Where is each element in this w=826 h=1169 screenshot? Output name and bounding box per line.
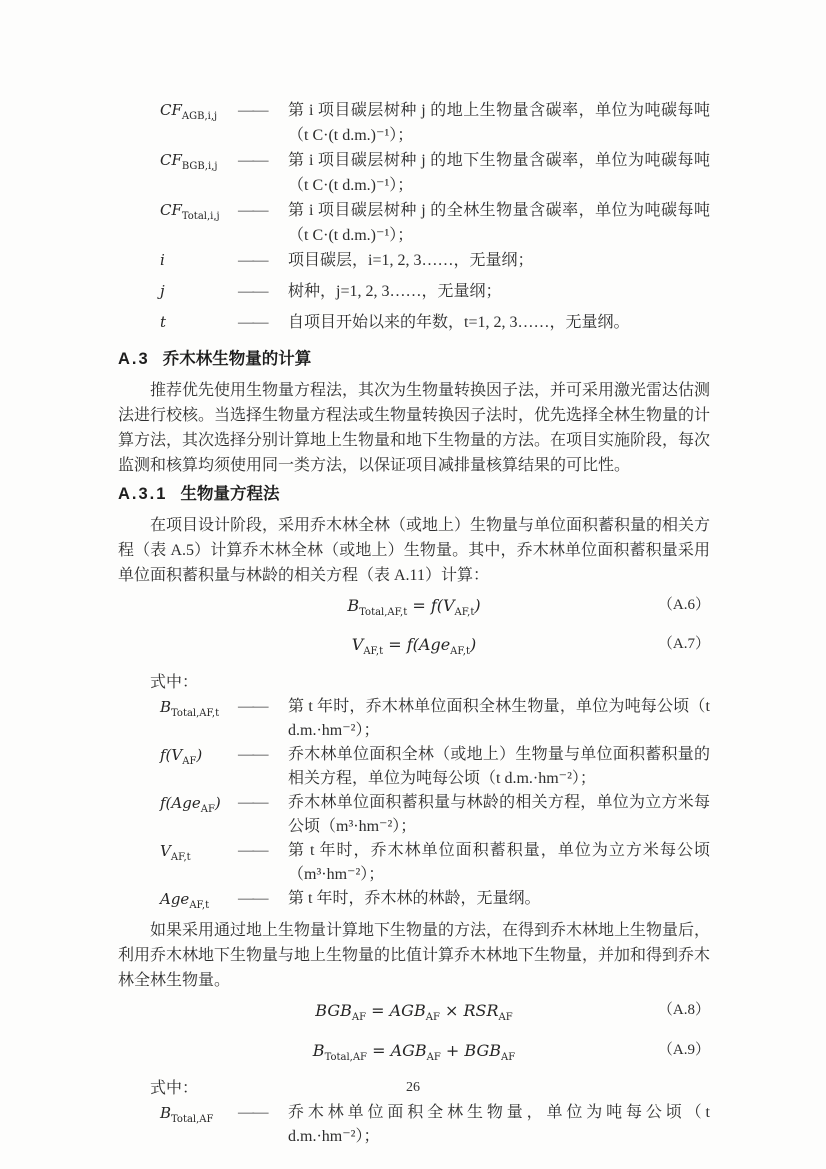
variable-symbol: j: [160, 279, 238, 310]
section-title: 生物量方程法: [180, 485, 279, 503]
formula-a8: BGBAF = AGBAF × RSRAF （A.8）: [118, 998, 710, 1030]
definition-dash: ——: [238, 148, 288, 173]
definition-text: 乔木林单位面积全林（或地上）生物量与单位面积蓄积量的相关方程，单位为吨每公顷（t…: [288, 743, 710, 791]
section-heading-a31: A.3.1生物量方程法: [118, 482, 710, 507]
section-heading-a3: A.3乔木林生物量的计算: [118, 347, 710, 372]
definition-row: CFTotal,i,j —— 第 i 项目碳层树种 j 的全林生物量含碳率，单位…: [118, 198, 710, 248]
page-content: CFAGB,i,j —— 第 i 项目碳层树种 j 的地上生物量含碳率，单位为吨…: [118, 98, 710, 1149]
definition-dash: ——: [238, 743, 288, 767]
definition-dash: ——: [238, 839, 288, 863]
variable-symbol: t: [160, 310, 238, 341]
definition-text: 第 i 项目碳层树种 j 的全林生物量含碳率，单位为吨碳每吨（t C·(t d.…: [288, 198, 710, 248]
formula-a9: BTotal,AF = AGBAF + BGBAF （A.9）: [118, 1038, 710, 1070]
formula-expression: BTotal,AF = AGBAF + BGBAF: [313, 1041, 515, 1060]
variable-symbol: CFAGB,i,j: [160, 98, 238, 129]
paragraph-bgb-method: 如果采用通过地上生物量计算地下生物量的方法，在得到乔木林地上生物量后，利用乔木林…: [118, 918, 710, 993]
formula-expression: VAF,t = f(AgeAF,t): [352, 635, 476, 654]
variable-symbol: f(AgeAF): [160, 791, 238, 822]
paragraph-design-stage: 在项目设计阶段，采用乔木林全林（或地上）生物量与单位面积蓄积量的相关方程（表 A…: [118, 513, 710, 588]
formula-number: （A.9）: [658, 1038, 710, 1063]
definition-text: 自项目开始以来的年数，t=1, 2, 3……，无量纲。: [288, 310, 710, 335]
definition-dash: ——: [238, 248, 288, 273]
formula-expression: BGBAF = AGBAF × RSRAF: [315, 1001, 512, 1020]
variable-symbol: BTotal,AF: [160, 1101, 238, 1132]
definition-text: 第 i 项目碳层树种 j 的地下生物量含碳率，单位为吨碳每吨（t C·(t d.…: [288, 148, 710, 198]
definition-row: t —— 自项目开始以来的年数，t=1, 2, 3……，无量纲。: [118, 310, 710, 341]
definition-text: 第 t 年时，乔木林单位面积全林生物量，单位为吨每公顷（t d.m.·hm⁻²）…: [288, 695, 710, 743]
definition-dash: ——: [238, 279, 288, 304]
paragraph-method-recommendation: 推荐优先使用生物量方程法，其次为生物量转换因子法，并可采用激光雷达估测法进行校核…: [118, 378, 710, 478]
formula-number: （A.7）: [658, 632, 710, 657]
definition-dash: ——: [238, 98, 288, 123]
definition-row: BTotal,AF —— 乔木林单位面积全林生物量，单位为吨每公顷（t d.m.…: [118, 1101, 710, 1149]
variable-symbol: BTotal,AF,t: [160, 695, 238, 726]
definition-row: f(AgeAF) —— 乔木林单位面积蓄积量与林龄的相关方程，单位为立方米每公顷…: [118, 791, 710, 839]
definition-row: f(VAF) —— 乔木林单位面积全林（或地上）生物量与单位面积蓄积量的相关方程…: [118, 743, 710, 791]
definition-text: 乔木林单位面积蓄积量与林龄的相关方程，单位为立方米每公顷（m³·hm⁻²）；: [288, 791, 710, 839]
variable-symbol: CFBGB,i,j: [160, 148, 238, 179]
section-number: A.3: [118, 350, 150, 368]
definition-row: CFBGB,i,j —— 第 i 项目碳层树种 j 的地下生物量含碳率，单位为吨…: [118, 148, 710, 198]
page-number: 26: [0, 1075, 826, 1100]
definition-text: 第 t 年时，乔木林的林龄，无量纲。: [288, 887, 710, 911]
formula-where-intro: 式中：: [118, 670, 710, 695]
section-title: 乔木林生物量的计算: [163, 350, 312, 368]
definition-text: 乔木林单位面积全林生物量，单位为吨每公顷（t d.m.·hm⁻²）；: [288, 1101, 710, 1149]
definition-row: VAF,t —— 第 t 年时，乔木林单位面积蓄积量，单位为立方米每公顷（m³·…: [118, 839, 710, 887]
definition-list-carbon-fraction: CFAGB,i,j —— 第 i 项目碳层树种 j 的地上生物量含碳率，单位为吨…: [118, 98, 710, 341]
formula-a7: VAF,t = f(AgeAF,t) （A.7）: [118, 632, 710, 664]
variable-symbol: i: [160, 248, 238, 279]
definition-list-total-biomass: BTotal,AF —— 乔木林单位面积全林生物量，单位为吨每公顷（t d.m.…: [118, 1101, 710, 1149]
formula-number: （A.8）: [658, 998, 710, 1023]
definition-dash: ——: [238, 887, 288, 911]
definition-text: 项目碳层，i=1, 2, 3……，无量纲；: [288, 248, 710, 273]
section-number: A.3.1: [118, 485, 167, 503]
definition-row: j —— 树种，j=1, 2, 3……，无量纲；: [118, 279, 710, 310]
definition-dash: ——: [238, 791, 288, 815]
definition-dash: ——: [238, 198, 288, 223]
definition-text: 第 t 年时，乔木林单位面积蓄积量，单位为立方米每公顷（m³·hm⁻²）；: [288, 839, 710, 887]
definition-text: 树种，j=1, 2, 3……，无量纲；: [288, 279, 710, 304]
formula-expression: BTotal,AF,t = f(VAF,t): [347, 596, 480, 615]
document-page: CFAGB,i,j —— 第 i 项目碳层树种 j 的地上生物量含碳率，单位为吨…: [0, 0, 826, 1169]
definition-row: i —— 项目碳层，i=1, 2, 3……，无量纲；: [118, 248, 710, 279]
definition-row: CFAGB,i,j —— 第 i 项目碳层树种 j 的地上生物量含碳率，单位为吨…: [118, 98, 710, 148]
formula-a6: BTotal,AF,t = f(VAF,t) （A.6）: [118, 593, 710, 625]
definition-row: BTotal,AF,t —— 第 t 年时，乔木林单位面积全林生物量，单位为吨每…: [118, 695, 710, 743]
formula-number: （A.6）: [658, 593, 710, 618]
variable-symbol: f(VAF): [160, 743, 238, 774]
definition-dash: ——: [238, 1101, 288, 1125]
definition-dash: ——: [238, 310, 288, 335]
definition-dash: ——: [238, 695, 288, 719]
variable-symbol: AgeAF,t: [160, 887, 238, 918]
variable-symbol: CFTotal,i,j: [160, 198, 238, 229]
definition-text: 第 i 项目碳层树种 j 的地上生物量含碳率，单位为吨碳每吨（t C·(t d.…: [288, 98, 710, 148]
definition-list-biomass-equation: BTotal,AF,t —— 第 t 年时，乔木林单位面积全林生物量，单位为吨每…: [118, 695, 710, 918]
variable-symbol: VAF,t: [160, 839, 238, 870]
definition-row: AgeAF,t —— 第 t 年时，乔木林的林龄，无量纲。: [118, 887, 710, 918]
